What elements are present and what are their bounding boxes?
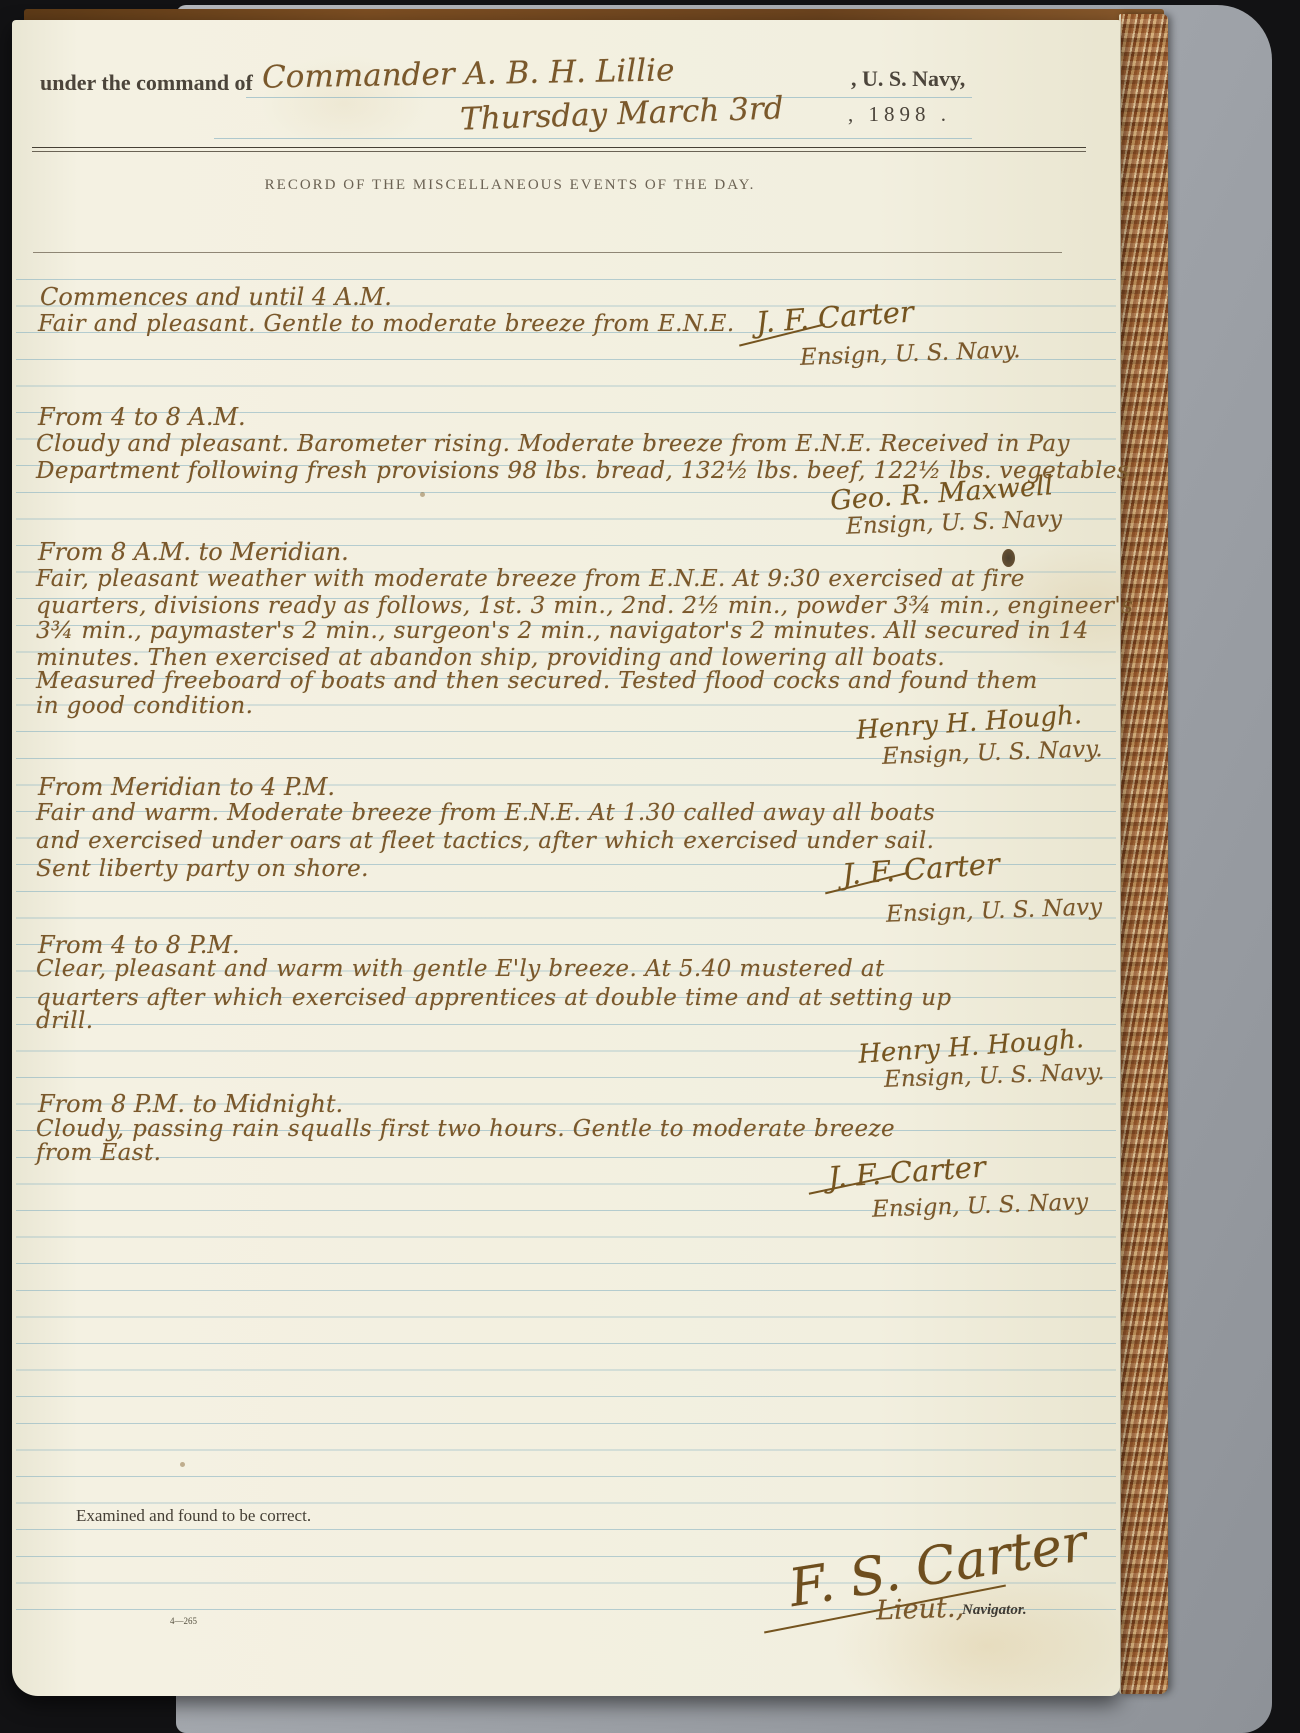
year-label: , 1898 . — [848, 102, 951, 127]
section-title: RECORD OF THE MISCELLANEOUS EVENTS OF TH… — [80, 177, 940, 194]
navigator-printed-label: Navigator. — [962, 1602, 1027, 1619]
entry-3-line-5: Measured freeboard of boats and then sec… — [36, 668, 1038, 694]
entry-4-line-2: and exercised under oars at fleet tactic… — [36, 828, 934, 854]
entry-6-heading: From 8 P.M. to Midnight. — [38, 1090, 343, 1118]
entry-2-line-1: Cloudy and pleasant. Barometer rising. M… — [36, 431, 1070, 457]
command-prefix-label: under the command of — [40, 70, 253, 96]
paper-speck — [420, 492, 425, 497]
header-double-rule — [32, 147, 1086, 152]
navigator-rank-handwritten: Lieut., — [875, 1592, 964, 1626]
entry-2-heading: From 4 to 8 A.M. — [38, 403, 246, 431]
scanned-logbook-photo: under the command of Commander A. B. H. … — [0, 0, 1300, 1733]
entry-4-heading: From Meridian to 4 P.M. — [38, 773, 335, 801]
book-page-fore-edge — [1119, 14, 1168, 1694]
paper-speck — [180, 1462, 185, 1467]
entry-3-line-1: Fair, pleasant weather with moderate bre… — [36, 566, 1025, 592]
entry-5-heading: From 4 to 8 P.M. — [38, 931, 240, 959]
entry-3-line-3: 3¾ min., paymaster's 2 min., surgeon's 2… — [36, 618, 1089, 644]
form-number: 4—265 — [170, 1616, 197, 1626]
ink-blot — [1002, 549, 1015, 567]
commander-name-handwritten: Commander A. B. H. Lillie — [262, 52, 675, 95]
entry-3-line-6: in good condition. — [36, 693, 253, 719]
section-divider-rule — [33, 252, 1062, 253]
examined-note: Examined and found to be correct. — [76, 1506, 311, 1526]
entry-3-line-2: quarters, divisions ready as follows, 1s… — [36, 593, 1133, 619]
entry-1-heading: Commences and until 4 A.M. — [40, 283, 392, 311]
entry-6-line-2: from East. — [36, 1140, 161, 1166]
entry-6-line-1: Cloudy, passing rain squalls first two h… — [36, 1116, 895, 1142]
entry-4-line-1: Fair and warm. Moderate breeze from E.N.… — [36, 800, 935, 826]
fill-rule-date — [214, 138, 972, 139]
entry-5-line-2: quarters after which exercised apprentic… — [36, 985, 952, 1011]
entry-4-line-3: Sent liberty party on shore. — [36, 856, 369, 882]
entry-5-line-3: drill. — [36, 1008, 94, 1034]
entry-1-line-1: Fair and pleasant. Gentle to moderate br… — [38, 311, 735, 337]
navy-suffix-label: , U. S. Navy, — [851, 66, 965, 92]
entry-5-line-1: Clear, pleasant and warm with gentle E'l… — [36, 956, 885, 982]
entry-3-heading: From 8 A.M. to Meridian. — [38, 538, 349, 566]
